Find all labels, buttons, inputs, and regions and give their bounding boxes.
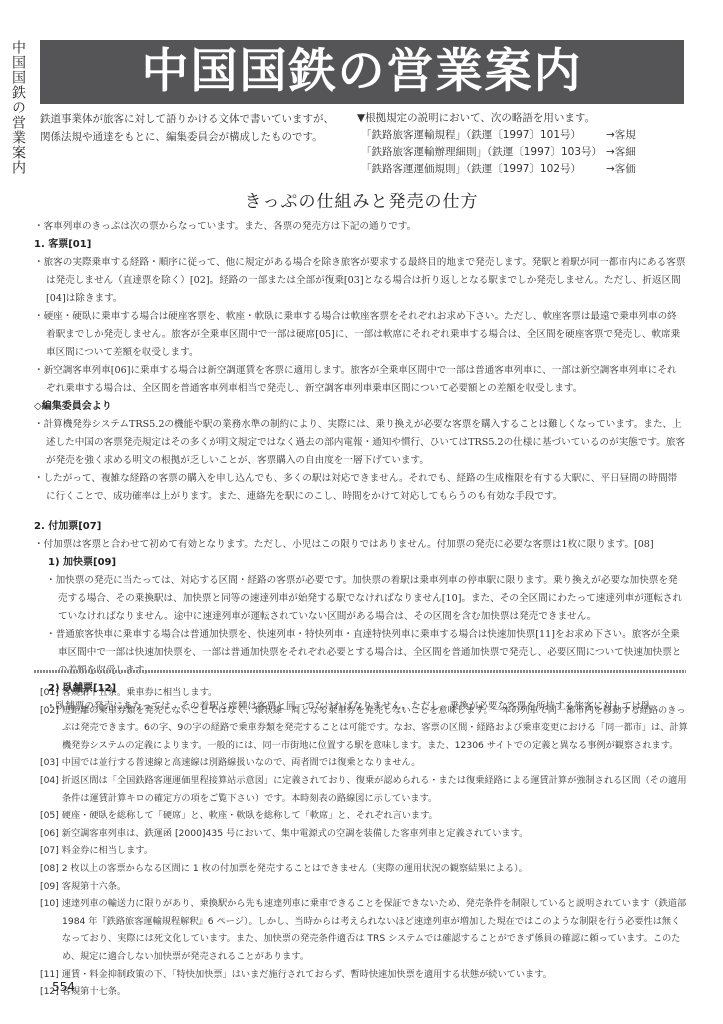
body-intro: ・客車列車のきっぷは次の票からなっています。また、各票の発売方は下記の通りです。 — [34, 218, 686, 236]
abbreviation-row: 「鉄路客運運価規則」（鉄運〔1997〕102号） →客価 — [357, 161, 687, 178]
body-paragraph: ・硬座・硬臥に乗車する場合は硬座客票を、軟座・軟臥に乗車する場合は軟座客票をそれ… — [34, 308, 686, 362]
footnote: [09] 客規第十六条。 — [40, 878, 688, 896]
footnotes: [01] 客規第十五条。乗車券に相当します。 [02] 短距離の乗車券類を発売し… — [40, 684, 688, 1001]
footnote: [04] 折返区間は「全国鉄路客運運価里程接算站示意図」に定義されており、復乗が… — [40, 772, 688, 807]
abbreviation-row: 「鉄路旅客運輸辦理細則」（鉄運〔1997〕103号） →客細 — [357, 144, 687, 161]
footnote: [02] 短距離の乗車券類を発売しないことではなく、環状線一周となる乗車券を発売… — [40, 702, 688, 755]
editorial-paragraph: ・したがって、複雑な経路の客票の購入を申し込んでも、多くの駅は対応できません。そ… — [34, 470, 686, 506]
intro-line: 関係法規や通達をもとに、編集委員会が構成したものです。 — [40, 128, 360, 146]
side-running-title: 中国国鉄の営業案内 — [8, 40, 26, 175]
editorial-paragraph: ・計算機発券システムTRS5.2の機能や駅の業務水準の制約により、実際には、乗り… — [34, 416, 686, 470]
subsection-heading-express-ticket: 1) 加快票[09] — [34, 554, 686, 572]
intro-description: 鉄道事業体が旅客に対して語りかける文体で書いていますが、 関係法規や通達をもとに… — [40, 110, 360, 146]
footnote: [03] 中国では並行する普速線と高速線は別路線扱いなので、両者間では復乗となり… — [40, 754, 688, 772]
editorial-heading: ◇編集委員会より — [34, 398, 686, 416]
body-paragraph: ・付加票は客票と合わせて初めて有効となります。ただし、小児はこの限りではありませ… — [34, 536, 686, 554]
abbreviation-short: →客細 — [606, 144, 636, 161]
intro-line: 鉄道事業体が旅客に対して語りかける文体で書いていますが、 — [40, 110, 360, 128]
footnote: [08] 2 枚以上の客票からなる区間に 1 枚の付加票を発売することはできませ… — [40, 860, 688, 878]
abbreviation-legend: ▼根拠規定の説明において、次の略語を用います。 「鉄路旅客運輸規程」（鉄運〔19… — [357, 110, 687, 178]
footnote: [11] 運賃・料金抑制政策の下、「特快加快票」はいまだ施行されておらず、暫時快… — [40, 966, 688, 984]
footnote-divider — [34, 670, 686, 673]
section-heading-supplement-ticket: 2. 付加票[07] — [34, 518, 686, 536]
abbreviation-source: 「鉄路旅客運輸規程」（鉄運〔1997〕101号） — [361, 127, 606, 144]
footnote: [06] 新空調客車列車は、鉄運函 [2000]435 号において、集中電源式の… — [40, 825, 688, 843]
footnote: [10] 速達列車の輸送力に限りがあり、乗換駅から先も速達列車に乗車できることを… — [40, 895, 688, 965]
body-paragraph: ・加快票の発売に当たっては、対応する区間・経路の客票が必要です。加快票の着駅は乗… — [34, 572, 686, 626]
section-title: きっぷの仕組みと発売の仕方 — [0, 187, 723, 212]
abbreviation-source: 「鉄路客運運価規則」（鉄運〔1997〕102号） — [361, 161, 606, 178]
page-number: 554 — [52, 980, 75, 994]
body-paragraph: ・旅客の実際乗車する経路・順序に従って、他に規定がある場合を除き旅客が要求する最… — [34, 254, 686, 308]
footnote: [07] 料金券に相当します。 — [40, 842, 688, 860]
title-banner: 中国国鉄の営業案内 — [40, 40, 684, 104]
footnote: [05] 硬座・硬臥を総称して「硬席」と、軟座・軟臥を総称して「軟席」と、それぞ… — [40, 807, 688, 825]
abbreviation-source: 「鉄路旅客運輸辦理細則」（鉄運〔1997〕103号） — [361, 144, 606, 161]
footnote: [12] 客規第十七条。 — [40, 983, 688, 1001]
page-title: 中国国鉄の営業案内 — [142, 40, 583, 104]
abbreviation-heading: ▼根拠規定の説明において、次の略語を用います。 — [357, 110, 687, 127]
abbreviation-row: 「鉄路旅客運輸規程」（鉄運〔1997〕101号） →客規 — [357, 127, 687, 144]
section-heading-passenger-ticket: 1. 客票[01] — [34, 236, 686, 254]
footnote: [01] 客規第十五条。乗車券に相当します。 — [40, 684, 688, 702]
body-paragraph: ・新空調客車列車[06]に乗車する場合は新空調運賃を客票に適用します。旅客が全乗… — [34, 362, 686, 398]
main-body: ・客車列車のきっぷは次の票からなっています。また、各票の発売方は下記の通りです。… — [34, 218, 686, 716]
abbreviation-short: →客規 — [606, 127, 636, 144]
abbreviation-short: →客価 — [606, 161, 636, 178]
